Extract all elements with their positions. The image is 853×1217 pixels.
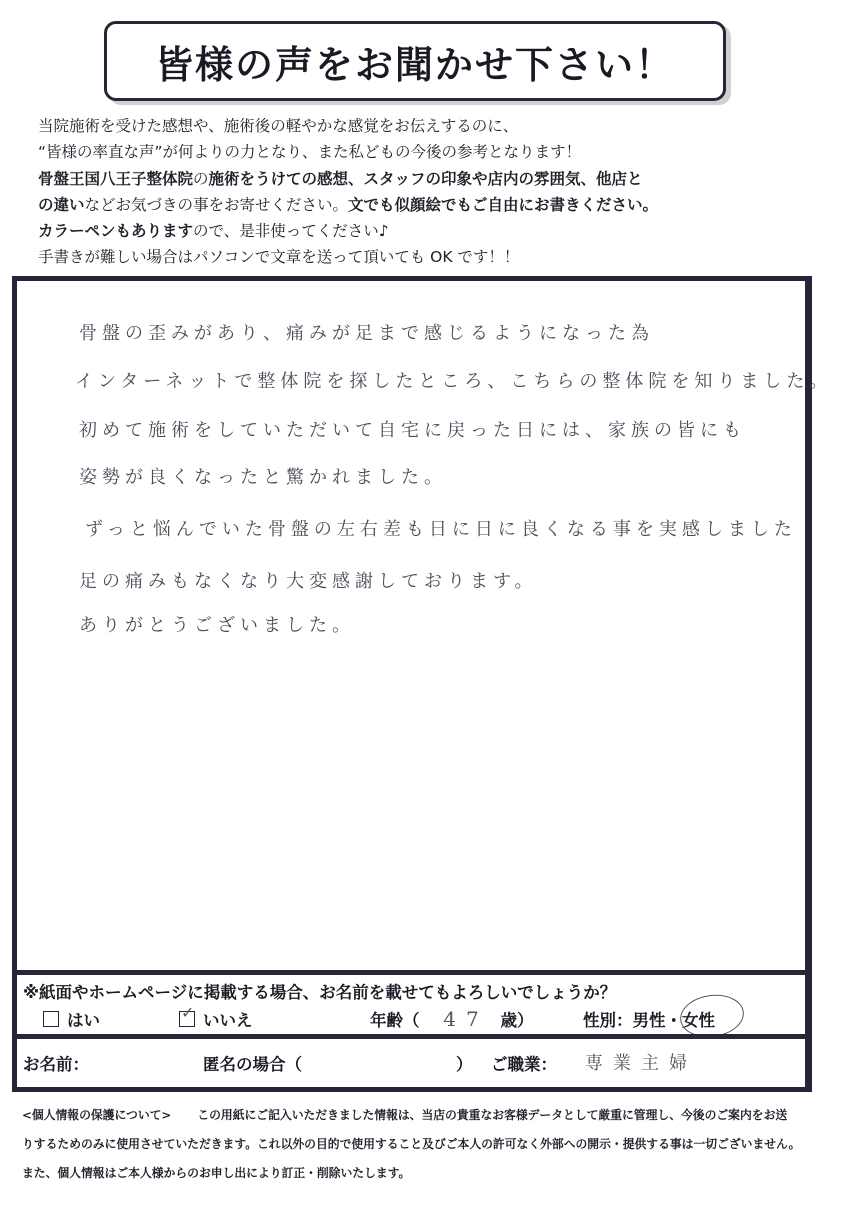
- intro-line-6: 手書きが難しい場合はパソコンで文章を送って頂いても OK です！！: [38, 244, 828, 270]
- comment-line: 姿勢が良くなったと驚かれました。: [79, 463, 447, 489]
- divider: [17, 970, 805, 975]
- comment-line: インターネットで整体院を探したところ、こちらの整体院を知りました。: [75, 367, 832, 393]
- comment-line: ずっと悩んでいた骨盤の左右差も日に日に良くなる事を実感しました: [85, 515, 797, 541]
- privacy-line-3: また、個人情報はご本人様からのお申し出により訂正・削除いたします。: [22, 1159, 822, 1188]
- survey-form: 骨盤の歪みがあり、痛みが足まで感じるようになった為 インターネットで整体院を探し…: [12, 276, 812, 1092]
- consent-question: ※紙面やホームページに掲載する場合、お名前を載せてもよろしいでしょうか？: [23, 979, 616, 1003]
- privacy-line-1: <個人情報の保護について>この用紙にご記入いただきました情報は、当店の貴重なお客…: [22, 1101, 822, 1130]
- privacy-notice: <個人情報の保護について>この用紙にご記入いただきました情報は、当店の貴重なお客…: [22, 1101, 822, 1188]
- intro-line-4: の違いなどお気づきの事をお寄せください。文でも似顔絵でもご自由にお書きください。: [38, 192, 828, 218]
- gender-label: 性別：: [583, 1011, 633, 1030]
- intro-text: 当院施術を受けた感想や、施術後の軽やかな感覚をお伝えするのに、 “皆様の率直な声…: [38, 113, 828, 271]
- age-suffix: 歳）: [500, 1011, 533, 1030]
- intro-text-fragment: などお気づきの事をお寄せください。: [85, 196, 349, 214]
- intro-text-fragment: カラーペンもあります: [38, 222, 193, 240]
- consent-no-option[interactable]: いいえ: [179, 1007, 253, 1031]
- occupation-value[interactable]: 専業主婦: [585, 1049, 697, 1075]
- age-field[interactable]: 年齢（ 47 歳）: [370, 1007, 533, 1031]
- intro-text-fragment: の: [193, 170, 209, 188]
- intro-text-fragment: 施術をうけての感想、スタッフの印象や店内の雰囲気、他店と: [209, 170, 643, 188]
- gender-male-option[interactable]: 男性: [633, 1011, 666, 1030]
- intro-line-2: “皆様の率直な声”が何よりの力となり、また私どもの今後の参考となります！: [38, 139, 828, 165]
- occupation-label: ご職業：: [491, 1051, 557, 1075]
- consent-options-row: はい いいえ 年齢（ 47 歳） 性別：男性・女性: [17, 1007, 805, 1033]
- name-label: お名前：: [23, 1051, 89, 1075]
- consent-yes-checkbox[interactable]: [43, 1011, 59, 1027]
- comment-line: 骨盤の歪みがあり、痛みが足まで感じるようになった為: [79, 319, 654, 345]
- age-value: 47: [443, 1007, 488, 1031]
- consent-yes-label: はい: [67, 1011, 100, 1030]
- clinic-name: 骨盤王国八王子整体院: [38, 170, 193, 188]
- anonymous-close-paren: ）: [456, 1051, 473, 1075]
- consent-no-checkbox[interactable]: [179, 1011, 195, 1027]
- intro-line-3: 骨盤王国八王子整体院の施術をうけての感想、スタッフの印象や店内の雰囲気、他店と: [38, 166, 828, 192]
- comment-area[interactable]: 骨盤の歪みがあり、痛みが足まで感じるようになった為 インターネットで整体院を探し…: [17, 281, 805, 970]
- age-label: 年齢（: [370, 1011, 420, 1030]
- intro-text-fragment: 文でも似顔絵でもご自由にお書きください。: [348, 196, 658, 214]
- comment-line: 足の痛みもなくなり大変感謝しております。: [79, 567, 538, 593]
- privacy-line-2: りするためのみに使用させていただきます。これ以外の目的で使用すること及びご本人の…: [22, 1130, 822, 1159]
- comment-line: ありがとうございました。: [79, 611, 355, 637]
- divider: [17, 1034, 805, 1039]
- page-title: 皆様の声をお聞かせ下さい！: [155, 34, 675, 89]
- privacy-text: この用紙にご記入いただきました情報は、当店の貴重なお客様データとして厳重に管理し…: [197, 1108, 787, 1122]
- comment-line: 初めて施術をしていただいて自宅に戻った日には、家族の皆にも: [79, 416, 746, 442]
- title-banner: 皆様の声をお聞かせ下さい！: [104, 21, 726, 101]
- anonymous-label: 匿名の場合（: [203, 1051, 302, 1075]
- consent-yes-option[interactable]: はい: [43, 1007, 100, 1031]
- intro-text-fragment: の違い: [38, 196, 85, 214]
- intro-line-5: カラーペンもありますので、是非使ってください♪: [38, 218, 828, 244]
- intro-text-fragment: ので、是非使ってください♪: [193, 222, 389, 240]
- intro-line-1: 当院施術を受けた感想や、施術後の軽やかな感覚をお伝えするのに、: [38, 113, 828, 139]
- consent-no-label: いいえ: [203, 1011, 253, 1030]
- anonymous-name-field[interactable]: [317, 1051, 447, 1073]
- privacy-heading: <個人情報の保護について>: [22, 1108, 171, 1122]
